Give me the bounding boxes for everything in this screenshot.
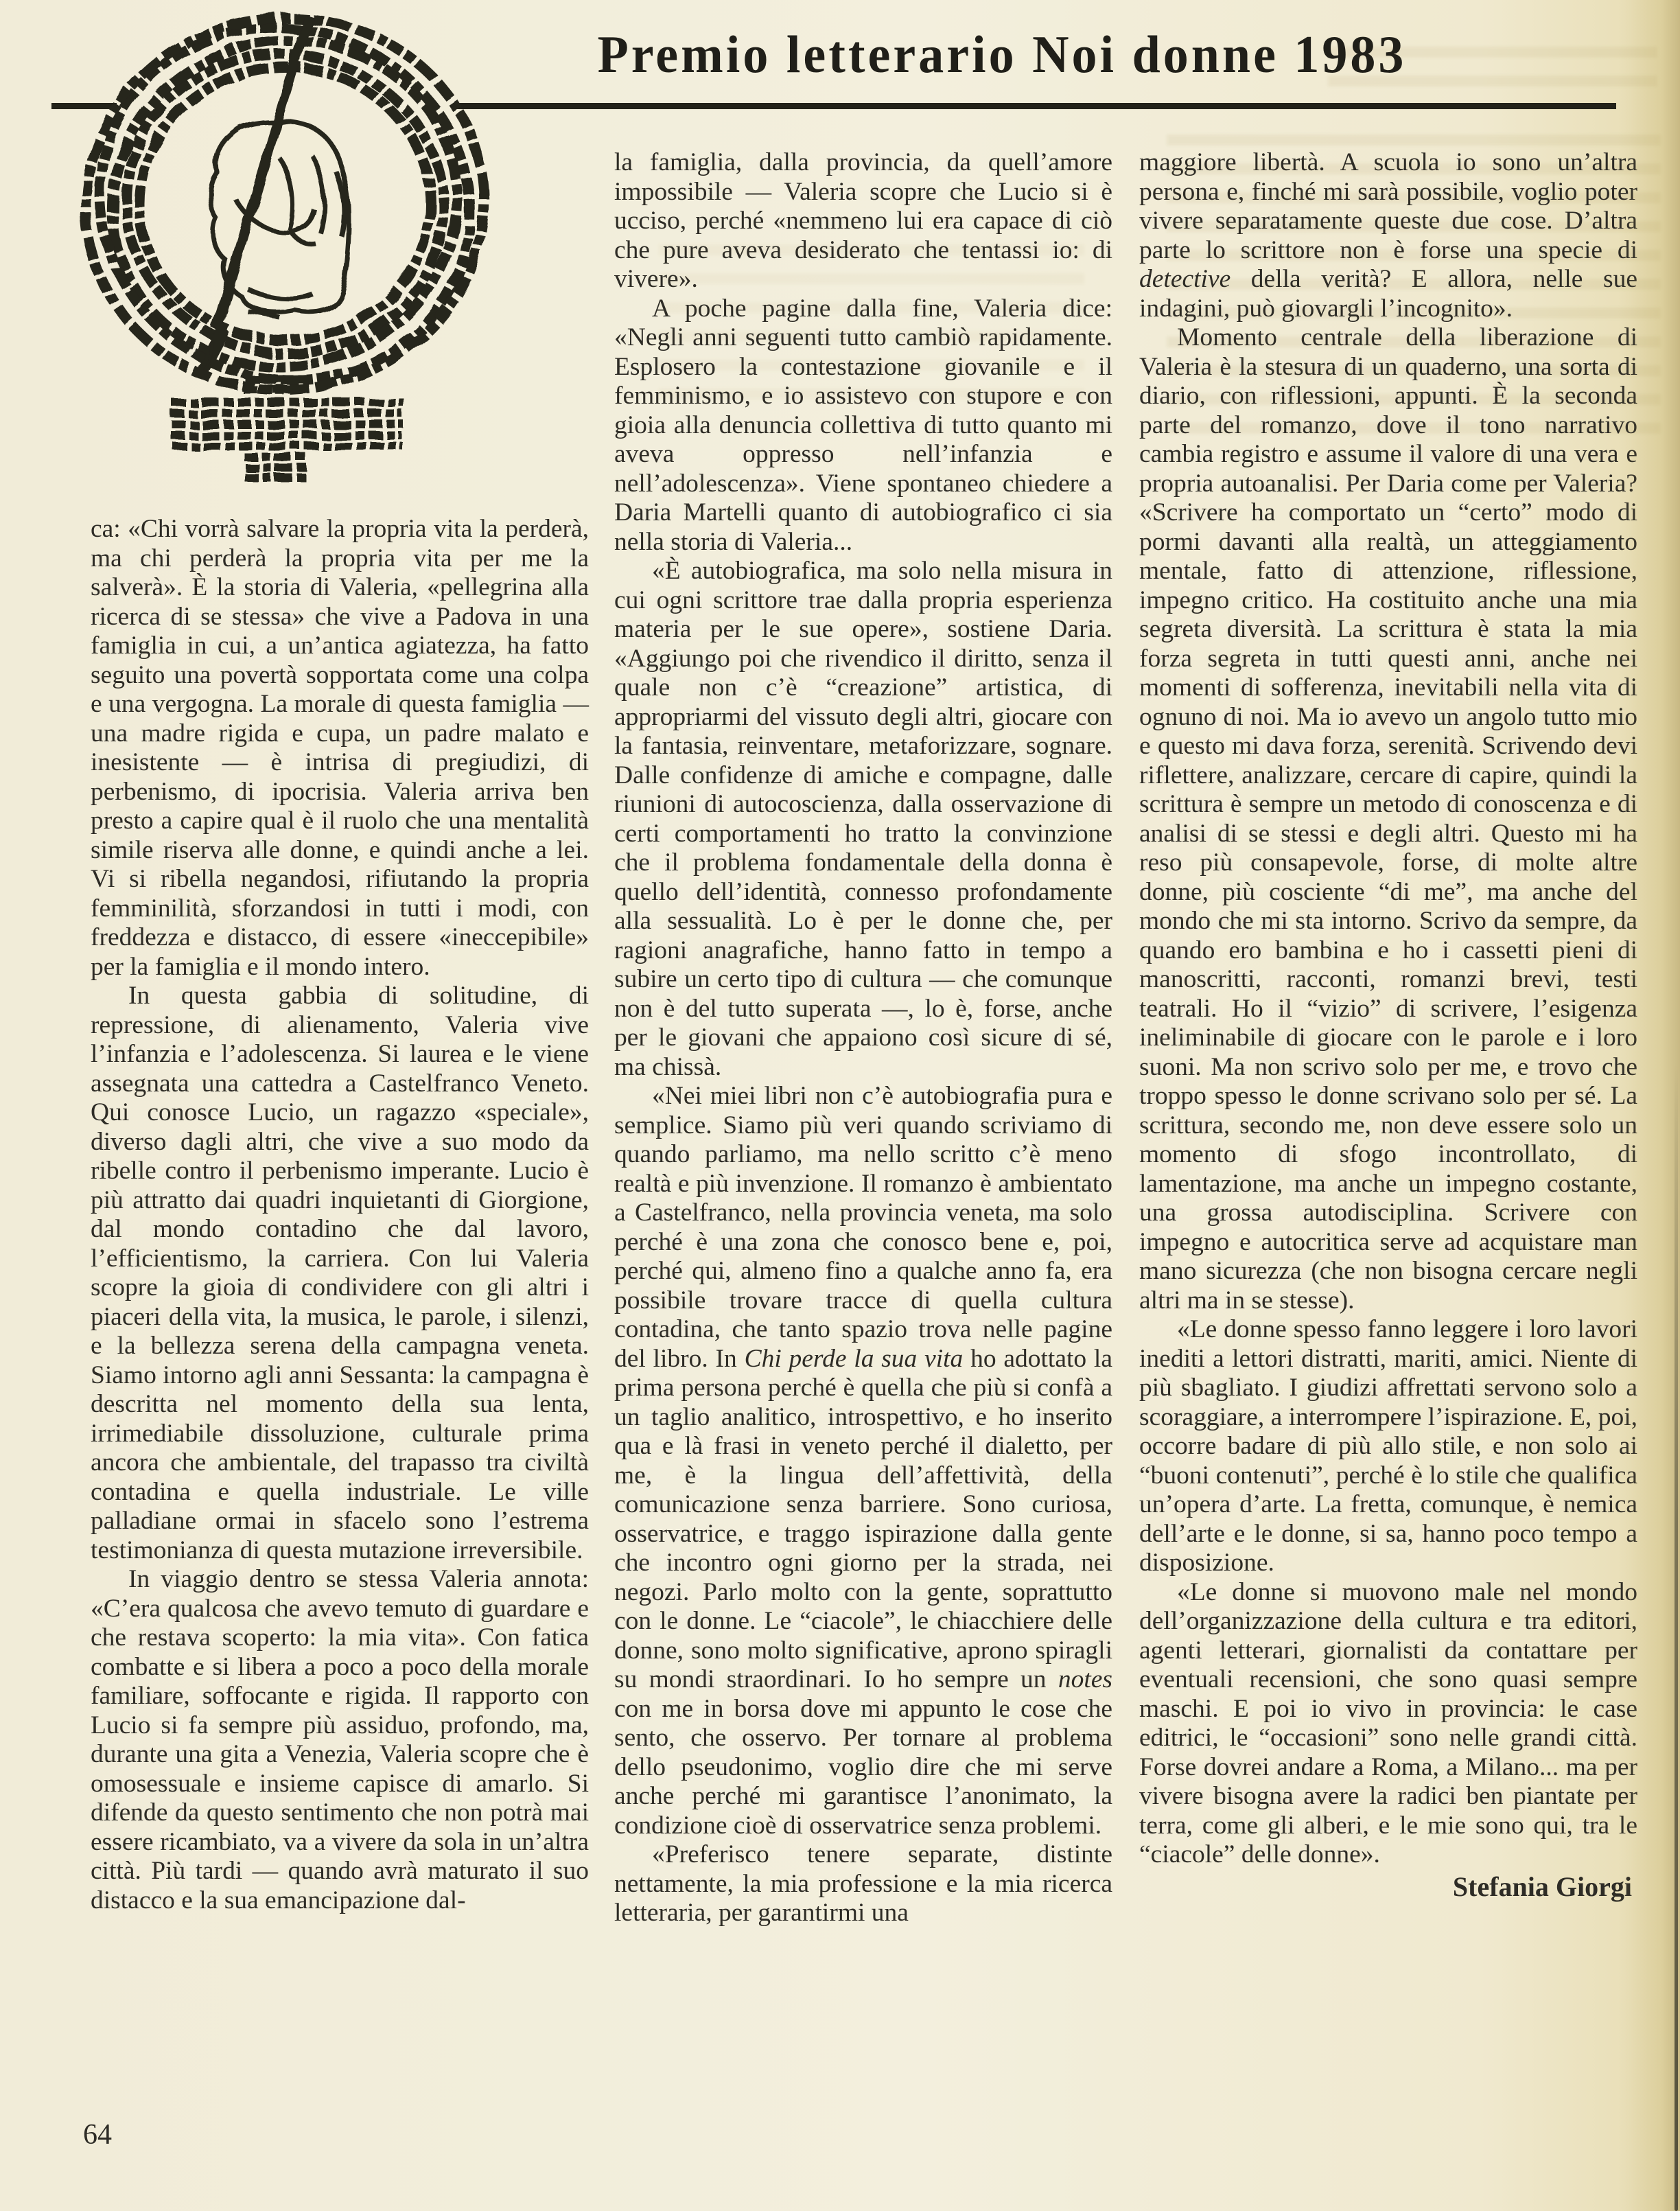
paragraph: «Nei miei libri non c’è autobiografia pu… — [614, 1082, 1112, 1840]
article-column-3: maggiore libertà. A scuola io sono un’al… — [1139, 148, 1637, 1901]
paragraph: A poche pagine dalla fine, Valeria dice:… — [614, 294, 1112, 557]
article-column-2: la famiglia, dalla provincia, da quell’a… — [614, 148, 1112, 1928]
paragraph: la famiglia, dalla provincia, da quell’a… — [614, 148, 1112, 294]
paragraph: «Le donne spesso fanno leggere i loro la… — [1139, 1315, 1637, 1578]
page-number: 64 — [83, 2118, 112, 2151]
paragraph: ca: «Chi vorrà salvare la propria vita l… — [91, 515, 589, 982]
paragraph: In questa gabbia di solitudine, di repre… — [91, 982, 589, 1565]
article-column-1: ca: «Chi vorrà salvare la propria vita l… — [91, 515, 589, 1915]
paragraph: «Le donne si muovono male nel mondo dell… — [1139, 1578, 1637, 1870]
paragraph: «È autobiografica, ma solo nella misura … — [614, 557, 1112, 1082]
title-rule — [455, 103, 1616, 109]
paragraph: In viaggio dentro se stessa Valeria anno… — [91, 1565, 589, 1915]
paragraph: Momento centrale della liberazione di Va… — [1139, 323, 1637, 1315]
paragraph: maggiore libertà. A scuola io sono un’al… — [1139, 148, 1637, 323]
page-title: Premio letterario Noi donne 1983 — [384, 25, 1620, 85]
byline-author: Stefania Giorgi — [1139, 1873, 1637, 1902]
paragraph: «Preferisco tenere separate, distinte ne… — [614, 1840, 1112, 1928]
page-edge-line — [1675, 1064, 1678, 2211]
scribble-cross-icon — [170, 379, 404, 478]
magazine-page: { "colors": { "paper": "#f2edd8", "ink":… — [0, 0, 1680, 2211]
